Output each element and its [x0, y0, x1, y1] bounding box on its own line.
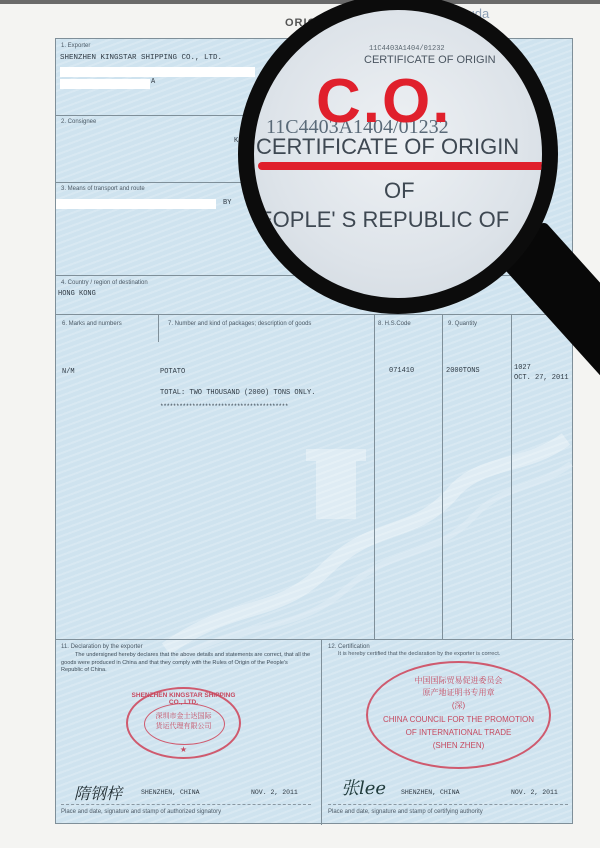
magnified-small-title: CERTIFICATE OF ORIGIN: [364, 54, 496, 66]
redacted-address-2: [60, 79, 150, 89]
transport-label: 3. Means of transport and route: [61, 186, 145, 192]
exporter-name: SHENZHEN KINGSTAR SHIPPING CO., LTD.: [60, 54, 222, 62]
certification-label: 12. Certification: [328, 644, 370, 650]
magnified-of: OF: [384, 178, 415, 204]
declaration-footer: Place and date, signature and stamp of a…: [61, 809, 221, 815]
consignee-label: 2. Consignee: [61, 119, 96, 125]
transport-fragment: BY: [223, 199, 231, 207]
invoice-date: OCT. 27, 2011: [514, 374, 569, 382]
description-header: 7. Number and kind of packages; descript…: [168, 321, 311, 327]
magnified-republic: EOPLE' S REPUBLIC OF: [258, 207, 509, 233]
exporter-place: SHENZHEN, CHINA: [141, 789, 200, 796]
magnified-title: CERTIFICATE OF ORIGIN: [256, 134, 519, 160]
magnified-sub-number: 11C4403A1404/01232: [369, 45, 445, 53]
co-badge: C.O.: [316, 66, 451, 137]
goods-total: TOTAL: TWO THOUSAND (2000) TONS ONLY.: [160, 389, 315, 397]
divider: [442, 314, 443, 639]
signature-line: [61, 804, 311, 805]
redacted-address-1: [60, 67, 255, 77]
great-wall-watermark-icon: [156, 419, 576, 669]
divider: [56, 314, 574, 315]
declaration-text: The undersigned hereby declares that the…: [61, 652, 311, 675]
quantity-header: 9. Quantity: [448, 321, 477, 327]
redacted-transport: [56, 199, 216, 209]
exporter-address-end: A: [151, 78, 155, 86]
destination-value: HONG KONG: [58, 290, 96, 298]
divider: [321, 639, 322, 825]
magnifier-lens-icon: 11C4403A1404/01232 CERTIFICATE OF ORIGIN…: [238, 0, 558, 314]
certification-text: It is hereby certified that the declarat…: [338, 651, 500, 657]
quantity-value: 2000TONS: [446, 367, 480, 375]
invoice-number: 1027: [514, 364, 531, 372]
marks-value: N/M: [62, 368, 75, 376]
divider: [158, 314, 159, 342]
certifier-place: SHENZHEN, CHINA: [401, 789, 460, 796]
hs-code-value: 071410: [389, 367, 414, 375]
ccpit-stamp: 中国国际贸易促进委员会 原产地证明书专用章 (深) CHINA COUNCIL …: [366, 661, 551, 769]
declaration-label: 11. Declaration by the exporter: [61, 644, 143, 650]
goods-description: POTATO: [160, 368, 185, 376]
certification-footer: Place and date, signature and stamp of c…: [328, 809, 483, 815]
certifier-date: NOV. 2, 2011: [511, 789, 558, 796]
scan-top-edge: [0, 0, 600, 4]
divider: [56, 639, 574, 640]
hs-code-header: 8. H.S.Code: [378, 321, 411, 327]
exporter-company-stamp: SHENZHEN KINGSTAR SHIPPING CO., LTD. 深圳市…: [126, 687, 241, 759]
divider: [374, 314, 375, 639]
goods-stars: ****************************************: [160, 403, 288, 410]
destination-label: 4. Country / region of destination: [61, 280, 148, 286]
divider: [511, 314, 512, 639]
signature-line: [328, 804, 568, 805]
marks-header: 6. Marks and numbers: [62, 321, 122, 327]
exporter-label: 1. Exporter: [61, 43, 90, 49]
red-underline: [258, 162, 548, 170]
exporter-signature: 隋钢梓: [74, 781, 122, 804]
exporter-date: NOV. 2, 2011: [251, 789, 298, 796]
certifier-signature: 张lee: [341, 774, 386, 800]
